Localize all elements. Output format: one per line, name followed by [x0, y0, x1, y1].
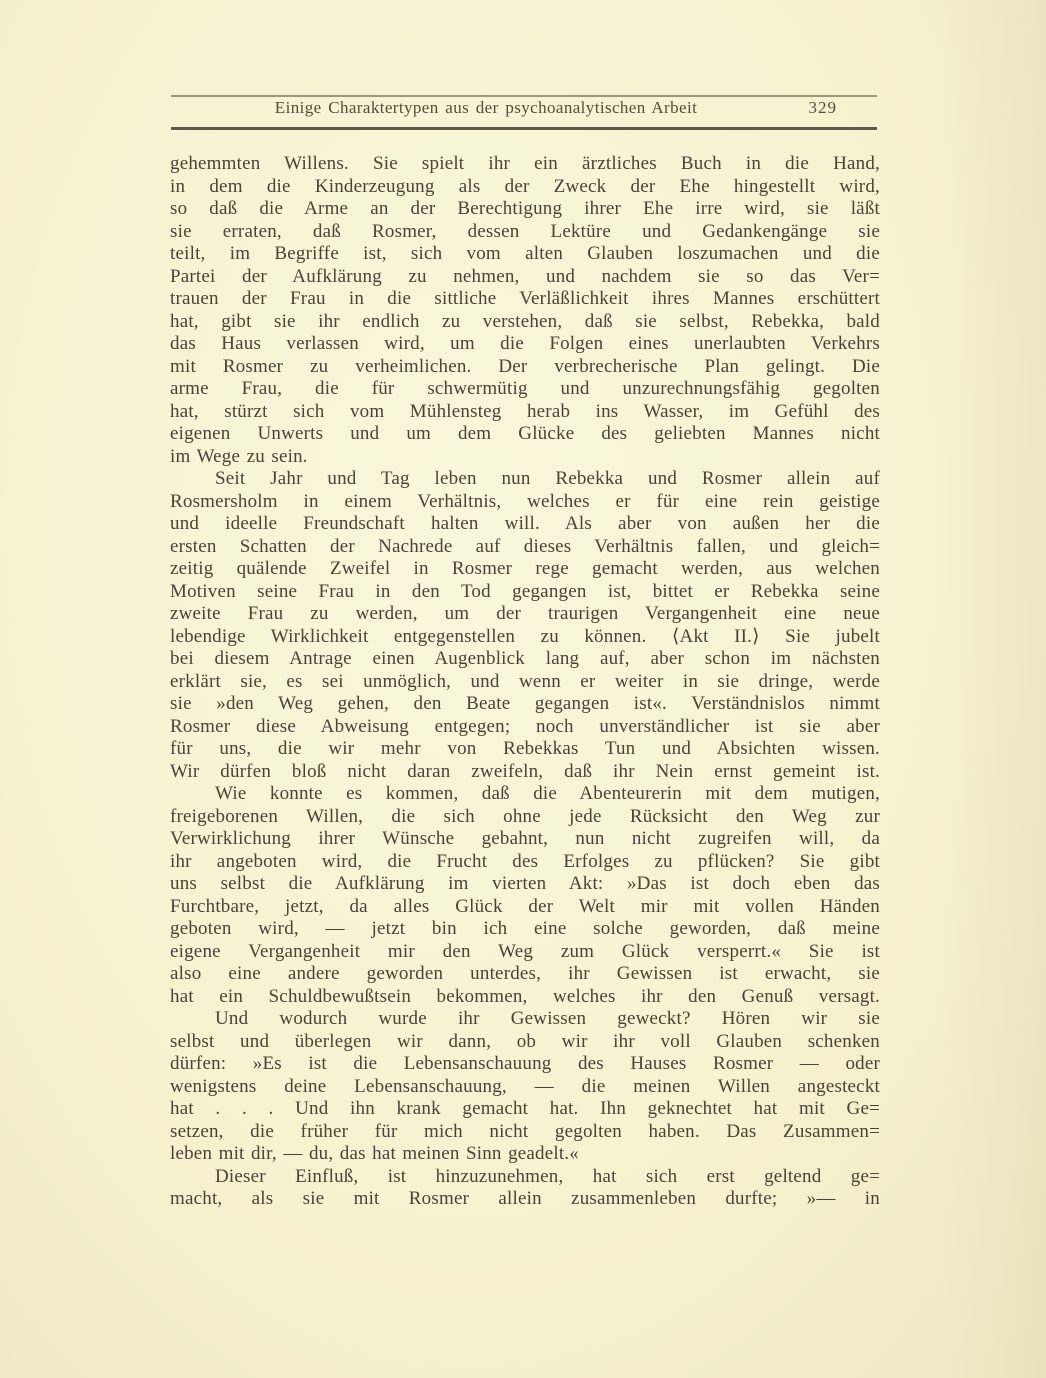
- paragraph: gehemmten Willens. Sie spielt ihr ein är…: [170, 153, 880, 468]
- text-line: hat, gibt sie ihr endlich zu verstehen, …: [170, 311, 880, 334]
- text-line: setzen, die früher für mich nicht gegolt…: [170, 1121, 880, 1144]
- text-line: Wie konnte es kommen, daß die Abenteurer…: [170, 783, 880, 806]
- text-line: Und wodurch wurde ihr Gewissen geweckt? …: [170, 1008, 880, 1031]
- text-line: das Haus verlassen wird, um die Folgen e…: [170, 333, 880, 356]
- text-line: sie »den Weg gehen, den Beate gegangen i…: [170, 693, 880, 716]
- text-line: teilt, im Begriffe ist, sich vom alten G…: [170, 243, 880, 266]
- text-line: hat ein Schuldbewußtsein bekommen, welch…: [170, 986, 880, 1009]
- text-line: Dieser Einfluß, ist hinzuzunehmen, hat s…: [170, 1166, 880, 1189]
- text-line: ersten Schatten der Nachrede auf dieses …: [170, 536, 880, 559]
- text-line: hat, stürzt sich vom Mühlensteg herab in…: [170, 401, 880, 424]
- text-line: so daß die Arme an der Berechtigung ihre…: [170, 198, 880, 221]
- text-line: Seit Jahr und Tag leben nun Rebekka und …: [170, 468, 880, 491]
- text-line: erklärt sie, es sei unmöglich, und wenn …: [170, 671, 880, 694]
- text-line: dürfen: »Es ist die Lebensanschauung des…: [170, 1053, 880, 1076]
- text-line: eigenen Unwerts und um dem Glücke des ge…: [170, 423, 880, 446]
- paragraph: Dieser Einfluß, ist hinzuzunehmen, hat s…: [170, 1166, 880, 1211]
- header-rule-bottom: [171, 127, 877, 130]
- text-line: lebendige Wirklichkeit entgegenstellen z…: [170, 626, 880, 649]
- paragraph: Wie konnte es kommen, daß die Abenteurer…: [170, 783, 880, 1008]
- text-line: gehemmten Willens. Sie spielt ihr ein är…: [170, 153, 880, 176]
- text-line: für uns, die wir mehr von Rebekkas Tun u…: [170, 738, 880, 761]
- page-header: Einige Charaktertypen aus der psychoanal…: [171, 98, 877, 118]
- text-line: mit Rosmer zu verheimlichen. Der verbrec…: [170, 356, 880, 379]
- text-line: und ideelle Freundschaft halten will. Al…: [170, 513, 880, 536]
- text-line: ihr angeboten wird, die Frucht des Erfol…: [170, 851, 880, 874]
- running-head-title: Einige Charaktertypen aus der psychoanal…: [171, 98, 737, 118]
- text-line: Furchtbare, jetzt, da alles Glück der We…: [170, 896, 880, 919]
- text-line: Motiven seine Frau in den Tod gegangen i…: [170, 581, 880, 604]
- text-line: Rosmer diese Abweisung entgegen; noch un…: [170, 716, 880, 739]
- text-line: hat . . . Und ihn krank gemacht hat. Ihn…: [170, 1098, 880, 1121]
- text-line: in dem die Kinderzeugung als der Zweck d…: [170, 176, 880, 199]
- text-line: geboten wird, — jetzt bin ich eine solch…: [170, 918, 880, 941]
- text-line: Rosmersholm in einem Verhältnis, welches…: [170, 491, 880, 514]
- text-line: sie erraten, daß Rosmer, dessen Lektüre …: [170, 221, 880, 244]
- text-line: leben mit dir, — du, das hat meinen Sinn…: [170, 1143, 880, 1166]
- text-line: macht, als sie mit Rosmer allein zusamme…: [170, 1188, 880, 1211]
- text-line: arme Frau, die für schwermütig und unzur…: [170, 378, 880, 401]
- text-line: im Wege zu sein.: [170, 446, 880, 469]
- text-line: Wir dürfen bloß nicht daran zweifeln, da…: [170, 761, 880, 784]
- text-line: Verwirklichung ihrer Wünsche gebahnt, nu…: [170, 828, 880, 851]
- text-line: eigene Vergangenheit mir den Weg zum Glü…: [170, 941, 880, 964]
- header-rule-top: [171, 95, 877, 97]
- text-line: zweite Frau zu werden, um der traurigen …: [170, 603, 880, 626]
- paragraph: Und wodurch wurde ihr Gewissen geweckt? …: [170, 1008, 880, 1166]
- page-number: 329: [737, 98, 877, 118]
- text-line: selbst und überlegen wir dann, ob wir ih…: [170, 1031, 880, 1054]
- text-line: Partei der Aufklärung zu nehmen, und nac…: [170, 266, 880, 289]
- text-block: gehemmten Willens. Sie spielt ihr ein är…: [170, 153, 880, 1211]
- scanned-book-page: Einige Charaktertypen aus der psychoanal…: [0, 0, 1046, 1378]
- text-line: zeitig quälende Zweifel in Rosmer rege g…: [170, 558, 880, 581]
- text-line: also eine andere geworden unterdes, ihr …: [170, 963, 880, 986]
- text-line: uns selbst die Aufklärung im vierten Akt…: [170, 873, 880, 896]
- paragraph: Seit Jahr und Tag leben nun Rebekka und …: [170, 468, 880, 783]
- text-line: bei diesem Antrage einen Augenblick lang…: [170, 648, 880, 671]
- text-line: freigeborenen Willen, die sich ohne jede…: [170, 806, 880, 829]
- text-line: trauen der Frau in die sittliche Verläßl…: [170, 288, 880, 311]
- text-line: wenigstens deine Lebensanschauung, — die…: [170, 1076, 880, 1099]
